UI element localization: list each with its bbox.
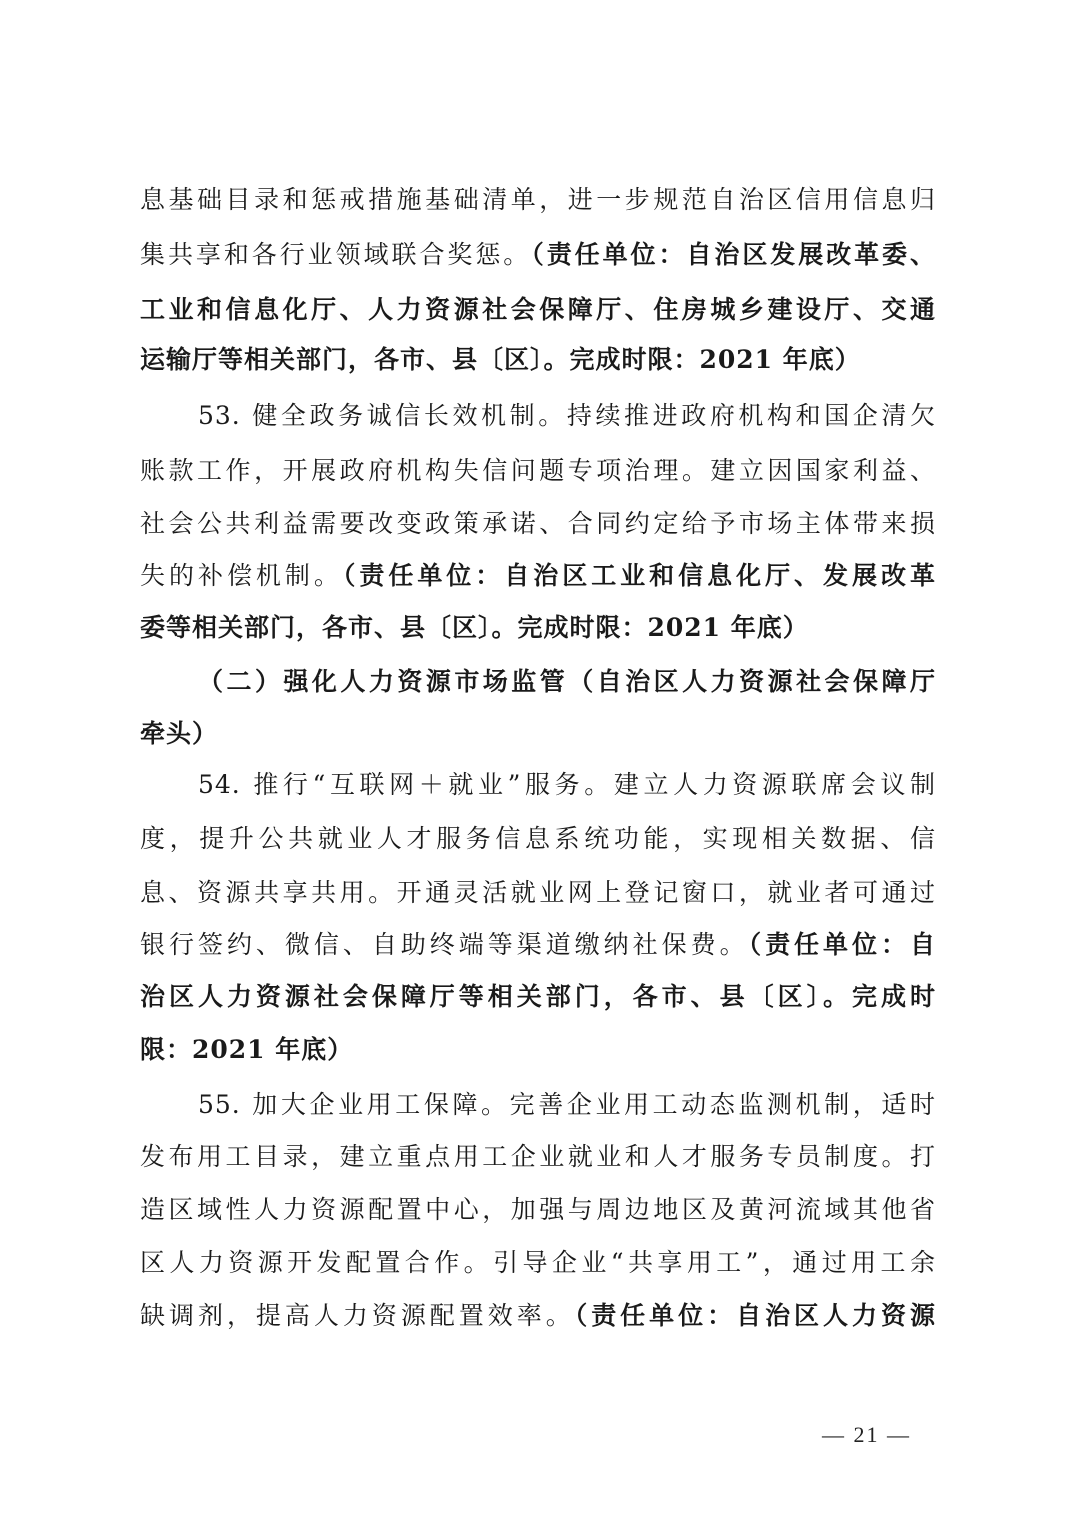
text-line: 限：2021 年底）: [140, 1030, 936, 1070]
responsibility-text: 治区人力资源社会保障厅等相关部门，各市、县〔区〕。完成时: [140, 982, 936, 1011]
text-line: 55. 加大企业用工保障。完善企业用工动态监测机制，适时: [198, 1085, 936, 1125]
text-line: 53. 健全政务诚信长效机制。持续推进政府机构和国企清欠: [198, 396, 936, 436]
text-line: 工业和信息化厅、人力资源社会保障厅、住房城乡建设厅、交通: [140, 290, 936, 330]
body-text: 息、资源共享共用。开通灵活就业网上登记窗口，就业者可通过: [140, 878, 936, 907]
text-line: 发布用工目录，建立重点用工企业就业和人才服务专员制度。打: [140, 1137, 936, 1177]
text-line: 银行签约、微信、自助终端等渠道缴纳社保费。（责任单位：自: [140, 925, 936, 965]
body-text: 集共享和各行业领域联合奖惩。: [140, 240, 531, 269]
body-text: 失的补偿机制。: [140, 561, 343, 590]
responsibility-text: （责任单位：自治区人力资源: [575, 1301, 936, 1330]
text-line: 集共享和各行业领域联合奖惩。（责任单位：自治区发展改革委、: [140, 235, 936, 275]
body-text: 息基础目录和惩戒措施基础清单，进一步规范自治区信用信息归: [140, 185, 936, 214]
body-text: 区人力资源开发配置合作。引导企业“共享用工”，通过用工余: [140, 1248, 936, 1277]
page-number: — 21 —: [822, 1420, 911, 1450]
body-text: 社会公共利益需要改变政策承诺、合同约定给予市场主体带来损: [140, 509, 936, 538]
text-line: 运输厅等相关部门，各市、县〔区〕。完成时限：2021 年底）: [140, 340, 936, 380]
responsibility-text: 运输厅等相关部门，各市、县〔区〕。完成时限：2021 年底）: [140, 345, 861, 374]
section-heading: （二）强化人力资源市场监管（自治区人力资源社会保障厅: [198, 662, 936, 702]
item-55-title: 55. 加大企业用工保障。完善企业用工动态监测机制，适时: [198, 1090, 936, 1119]
body-text: 银行签约、微信、自助终端等渠道缴纳社保费。: [140, 930, 749, 959]
section-heading-continued: 牵头）: [140, 714, 936, 754]
text-line: 社会公共利益需要改变政策承诺、合同约定给予市场主体带来损: [140, 504, 936, 544]
responsibility-text: 限：2021 年底）: [140, 1035, 353, 1064]
text-line: 造区域性人力资源配置中心，加强与周边地区及黄河流域其他省: [140, 1190, 936, 1230]
text-line: 失的补偿机制。（责任单位：自治区工业和信息化厅、发展改革: [140, 556, 936, 596]
responsibility-text: 委等相关部门，各市、县〔区〕。完成时限：2021 年底）: [140, 613, 809, 642]
text-line: 委等相关部门，各市、县〔区〕。完成时限：2021 年底）: [140, 608, 936, 648]
text-line: 区人力资源开发配置合作。引导企业“共享用工”，通过用工余: [140, 1243, 936, 1283]
text-line: 息、资源共享共用。开通灵活就业网上登记窗口，就业者可通过: [140, 873, 936, 913]
responsibility-text: （责任单位：自: [749, 930, 936, 959]
text-line: 54. 推行“互联网＋就业”服务。建立人力资源联席会议制: [198, 765, 936, 805]
body-text: 账款工作，开展政府机构失信问题专项治理。建立因国家利益、: [140, 456, 936, 485]
text-line: 度，提升公共就业人才服务信息系统功能，实现相关数据、信: [140, 819, 936, 859]
responsibility-text: 工业和信息化厅、人力资源社会保障厅、住房城乡建设厅、交通: [140, 295, 936, 324]
item-54-title: 54. 推行“互联网＋就业”服务。建立人力资源联席会议制: [198, 770, 936, 799]
item-53-title: 53. 健全政务诚信长效机制。持续推进政府机构和国企清欠: [198, 401, 936, 430]
responsibility-text: （责任单位：自治区工业和信息化厅、发展改革: [343, 561, 936, 590]
body-text: 发布用工目录，建立重点用工企业就业和人才服务专员制度。打: [140, 1142, 936, 1171]
text-line: 息基础目录和惩戒措施基础清单，进一步规范自治区信用信息归: [140, 180, 936, 220]
text-line: 治区人力资源社会保障厅等相关部门，各市、县〔区〕。完成时: [140, 977, 936, 1017]
body-text: 缺调剂，提高人力资源配置效率。: [140, 1301, 575, 1330]
body-text: 造区域性人力资源配置中心，加强与周边地区及黄河流域其他省: [140, 1195, 936, 1224]
text-line: 缺调剂，提高人力资源配置效率。（责任单位：自治区人力资源: [140, 1296, 936, 1336]
document-page: 息基础目录和惩戒措施基础清单，进一步规范自治区信用信息归 集共享和各行业领域联合…: [0, 0, 1074, 1520]
body-text: 度，提升公共就业人才服务信息系统功能，实现相关数据、信: [140, 824, 936, 853]
heading-text: （二）强化人力资源市场监管（自治区人力资源社会保障厅: [198, 667, 936, 696]
responsibility-text: （责任单位：自治区发展改革委、: [531, 240, 936, 269]
heading-text: 牵头）: [140, 719, 218, 748]
text-line: 账款工作，开展政府机构失信问题专项治理。建立因国家利益、: [140, 451, 936, 491]
